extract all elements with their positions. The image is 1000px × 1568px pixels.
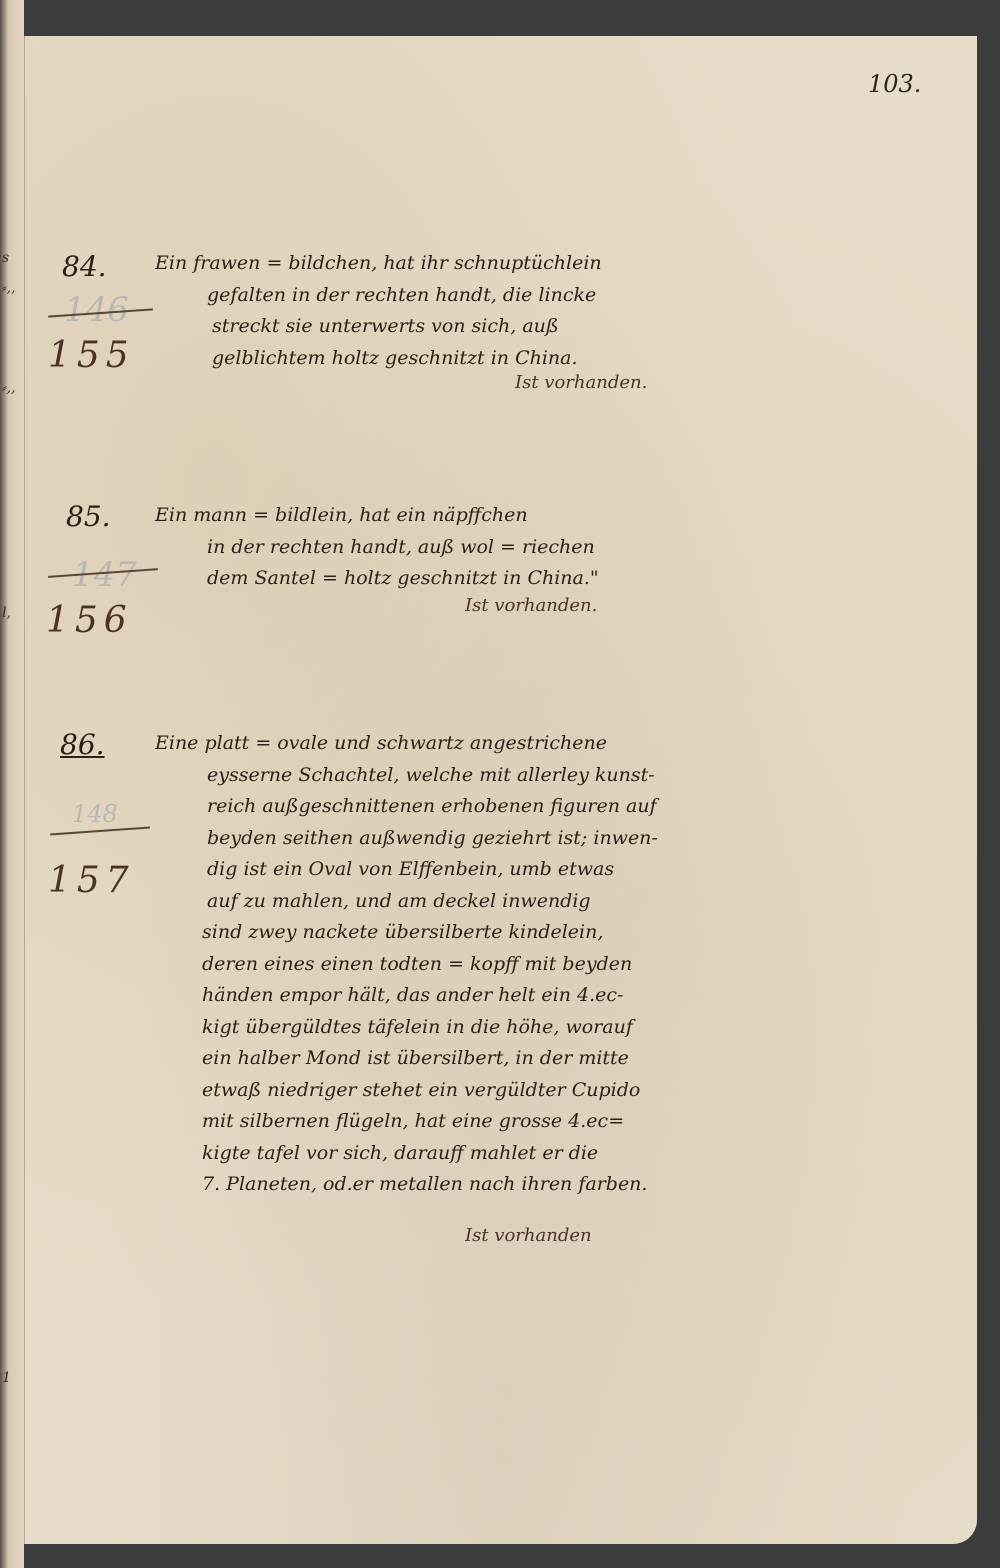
edge-mark: ⸗,, [2, 380, 22, 397]
status-remark: Ist vorhanden. [465, 595, 597, 616]
entry-line: deren eines einen todten = kopff mit bey… [155, 949, 658, 981]
entry-number: 85. [66, 500, 111, 533]
entry-line: 7. Planeten, od.er metallen nach ihren f… [155, 1169, 658, 1201]
entry-line: etwaß niedriger stehet ein vergüldter Cu… [155, 1075, 658, 1107]
entry-line: eysserne Schachtel, welche mit allerley … [155, 760, 658, 792]
edge-mark: l, [2, 605, 22, 621]
entry-line: in der rechten handt, auß wol = riechen [155, 532, 599, 564]
entry-line: kigte tafel vor sich, darauff mahlet er … [155, 1138, 658, 1170]
entry-line: sind zwey nackete übersilberte kindelein… [155, 917, 658, 949]
entry-line: Ein frawen = bildchen, hat ihr schnuptüc… [155, 248, 602, 280]
entry-line: dem Santel = holtz geschnitzt in China." [155, 563, 599, 595]
entry-text: Eine platt = ovale und schwartz angestri… [155, 728, 658, 1201]
edge-mark: ⸗,, [2, 280, 22, 297]
entry-line: Eine platt = ovale und schwartz angestri… [155, 728, 658, 760]
entry-line: ein halber Mond ist übersilbert, in der … [155, 1043, 658, 1075]
entry-line: dig ist ein Oval von Elffenbein, umb etw… [155, 854, 658, 886]
entry-line: kigt übergüldtes täfelein in die höhe, w… [155, 1012, 658, 1044]
entry-line: reich außgeschnittenen erhobenen figuren… [155, 791, 658, 823]
entry-line: händen empor hält, das ander helt ein 4.… [155, 980, 658, 1012]
entry-line: streckt sie unterwerts von sich, auß [155, 311, 602, 343]
edge-mark: 1 [2, 1370, 22, 1386]
status-remark: Ist vorhanden. [515, 372, 647, 393]
entry-number: 86. [60, 728, 105, 761]
entry-line: Ein mann = bildlein, hat ein näpffchen [155, 500, 599, 532]
status-remark: Ist vorhanden [465, 1225, 592, 1246]
entry-text: Ein mann = bildlein, hat ein näpffchen i… [155, 500, 599, 595]
entry-line: beyden seithen außwendig geziehrt ist; i… [155, 823, 658, 855]
new-inventory-number: 155 [48, 335, 135, 376]
new-inventory-number: 157 [48, 860, 135, 901]
entry-line: gefalten in der rechten handt, die linck… [155, 280, 602, 312]
entry-line: mit silbernen flügeln, hat eine grosse 4… [155, 1106, 658, 1138]
previous-page-edge: s ⸗,, ⸗,, l, 1 [0, 0, 24, 1568]
entry-line: auf zu mahlen, und am deckel inwendig [155, 886, 658, 918]
edge-mark: s [2, 250, 22, 266]
entry-number: 84. [62, 250, 107, 283]
page-number: 103. [868, 70, 921, 98]
new-inventory-number: 156 [46, 600, 133, 641]
entry-line: gelblichtem holtz geschnitzt in China. [155, 343, 602, 375]
faded-old-number: 148 [72, 800, 118, 828]
entry-text: Ein frawen = bildchen, hat ihr schnuptüc… [155, 248, 602, 374]
